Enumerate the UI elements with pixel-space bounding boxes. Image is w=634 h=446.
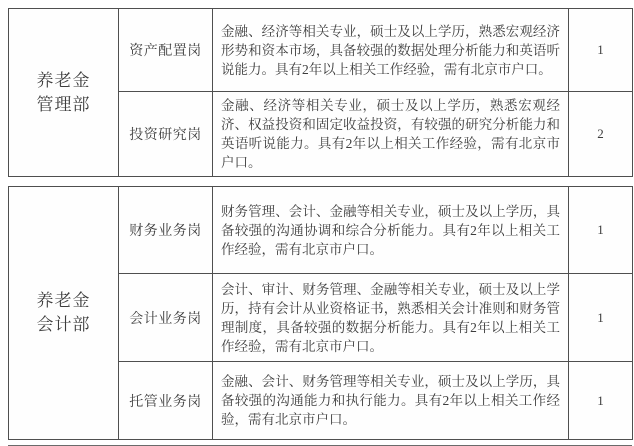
- headcount-cell: 2: [569, 92, 633, 177]
- requirements-text: 金融、会计、财务管理等相关专业，硕士及以上学历，具备较强的沟通能力和执行能力。具…: [221, 372, 560, 407]
- requirements-text: 金融、经济等相关专业，硕士及以上学历，熟悉宏观经济形势和资本市场，具备较强的数据…: [221, 22, 560, 79]
- requirements-text: 财务管理、会计、金融等相关专业，硕士及以上学历，具备较强的沟通协调和综合分析能力…: [221, 202, 560, 259]
- position-cell: 财务业务岗: [119, 187, 213, 274]
- requirements-cell: 会计、审计、财务管理、金融等相关专业，硕士及以上学历，持有会计从业资格证书，熟悉…: [213, 274, 569, 362]
- requirements-cell: 金融、会计、财务管理等相关专业，硕士及以上学历，具备较强的沟通能力和执行能力。具…: [213, 362, 569, 408]
- section-pension-management: 养老金 管理部 资产配置岗 金融、经济等相关专业，硕士及以上学历，熟悉宏观经济形…: [8, 8, 633, 177]
- position-cell: 会计业务岗: [119, 274, 213, 362]
- department-cell: 养老金 会计部: [9, 187, 119, 408]
- requirements-text: 金融、经济等相关专业，硕士及以上学历，熟悉宏观经济、权益投资和固定收益投资，有较…: [221, 96, 560, 172]
- position-cell: 投资研究岗: [119, 92, 213, 177]
- requirements-cell: 财务管理、会计、金融等相关专业，硕士及以上学历，具备较强的沟通协调和综合分析能力…: [213, 187, 569, 274]
- requirements-text: 会计、审计、财务管理、金融等相关专业，硕士及以上学历，持有会计从业资格证书，熟悉…: [221, 280, 560, 356]
- headcount-cell: 1: [569, 362, 633, 408]
- table-row: 养老金 会计部 财务业务岗 财务管理、会计、金融等相关专业，硕士及以上学历，具备…: [9, 187, 633, 274]
- requirements-cell: 金融、经济等相关专业，硕士及以上学历，熟悉宏观经济、权益投资和固定收益投资，有较…: [213, 92, 569, 177]
- table-row: 养老金 管理部 资产配置岗 金融、经济等相关专业，硕士及以上学历，熟悉宏观经济形…: [9, 9, 633, 92]
- requirements-cell: 金融、经济等相关专业，硕士及以上学历，熟悉宏观经济形势和资本市场，具备较强的数据…: [213, 9, 569, 92]
- headcount-cell: 1: [569, 274, 633, 362]
- headcount-cell: 1: [569, 187, 633, 274]
- position-cell: 托管业务岗: [119, 362, 213, 408]
- position-cell: 资产配置岗: [119, 9, 213, 92]
- department-cell: 养老金 管理部: [9, 9, 119, 177]
- headcount-cell: 1: [569, 9, 633, 92]
- recruitment-table-page: 养老金 管理部 资产配置岗 金融、经济等相关专业，硕士及以上学历，熟悉宏观经济形…: [8, 8, 632, 407]
- section-pension-accounting: 养老金 会计部 财务业务岗 财务管理、会计、金融等相关专业，硕士及以上学历，具备…: [8, 186, 633, 407]
